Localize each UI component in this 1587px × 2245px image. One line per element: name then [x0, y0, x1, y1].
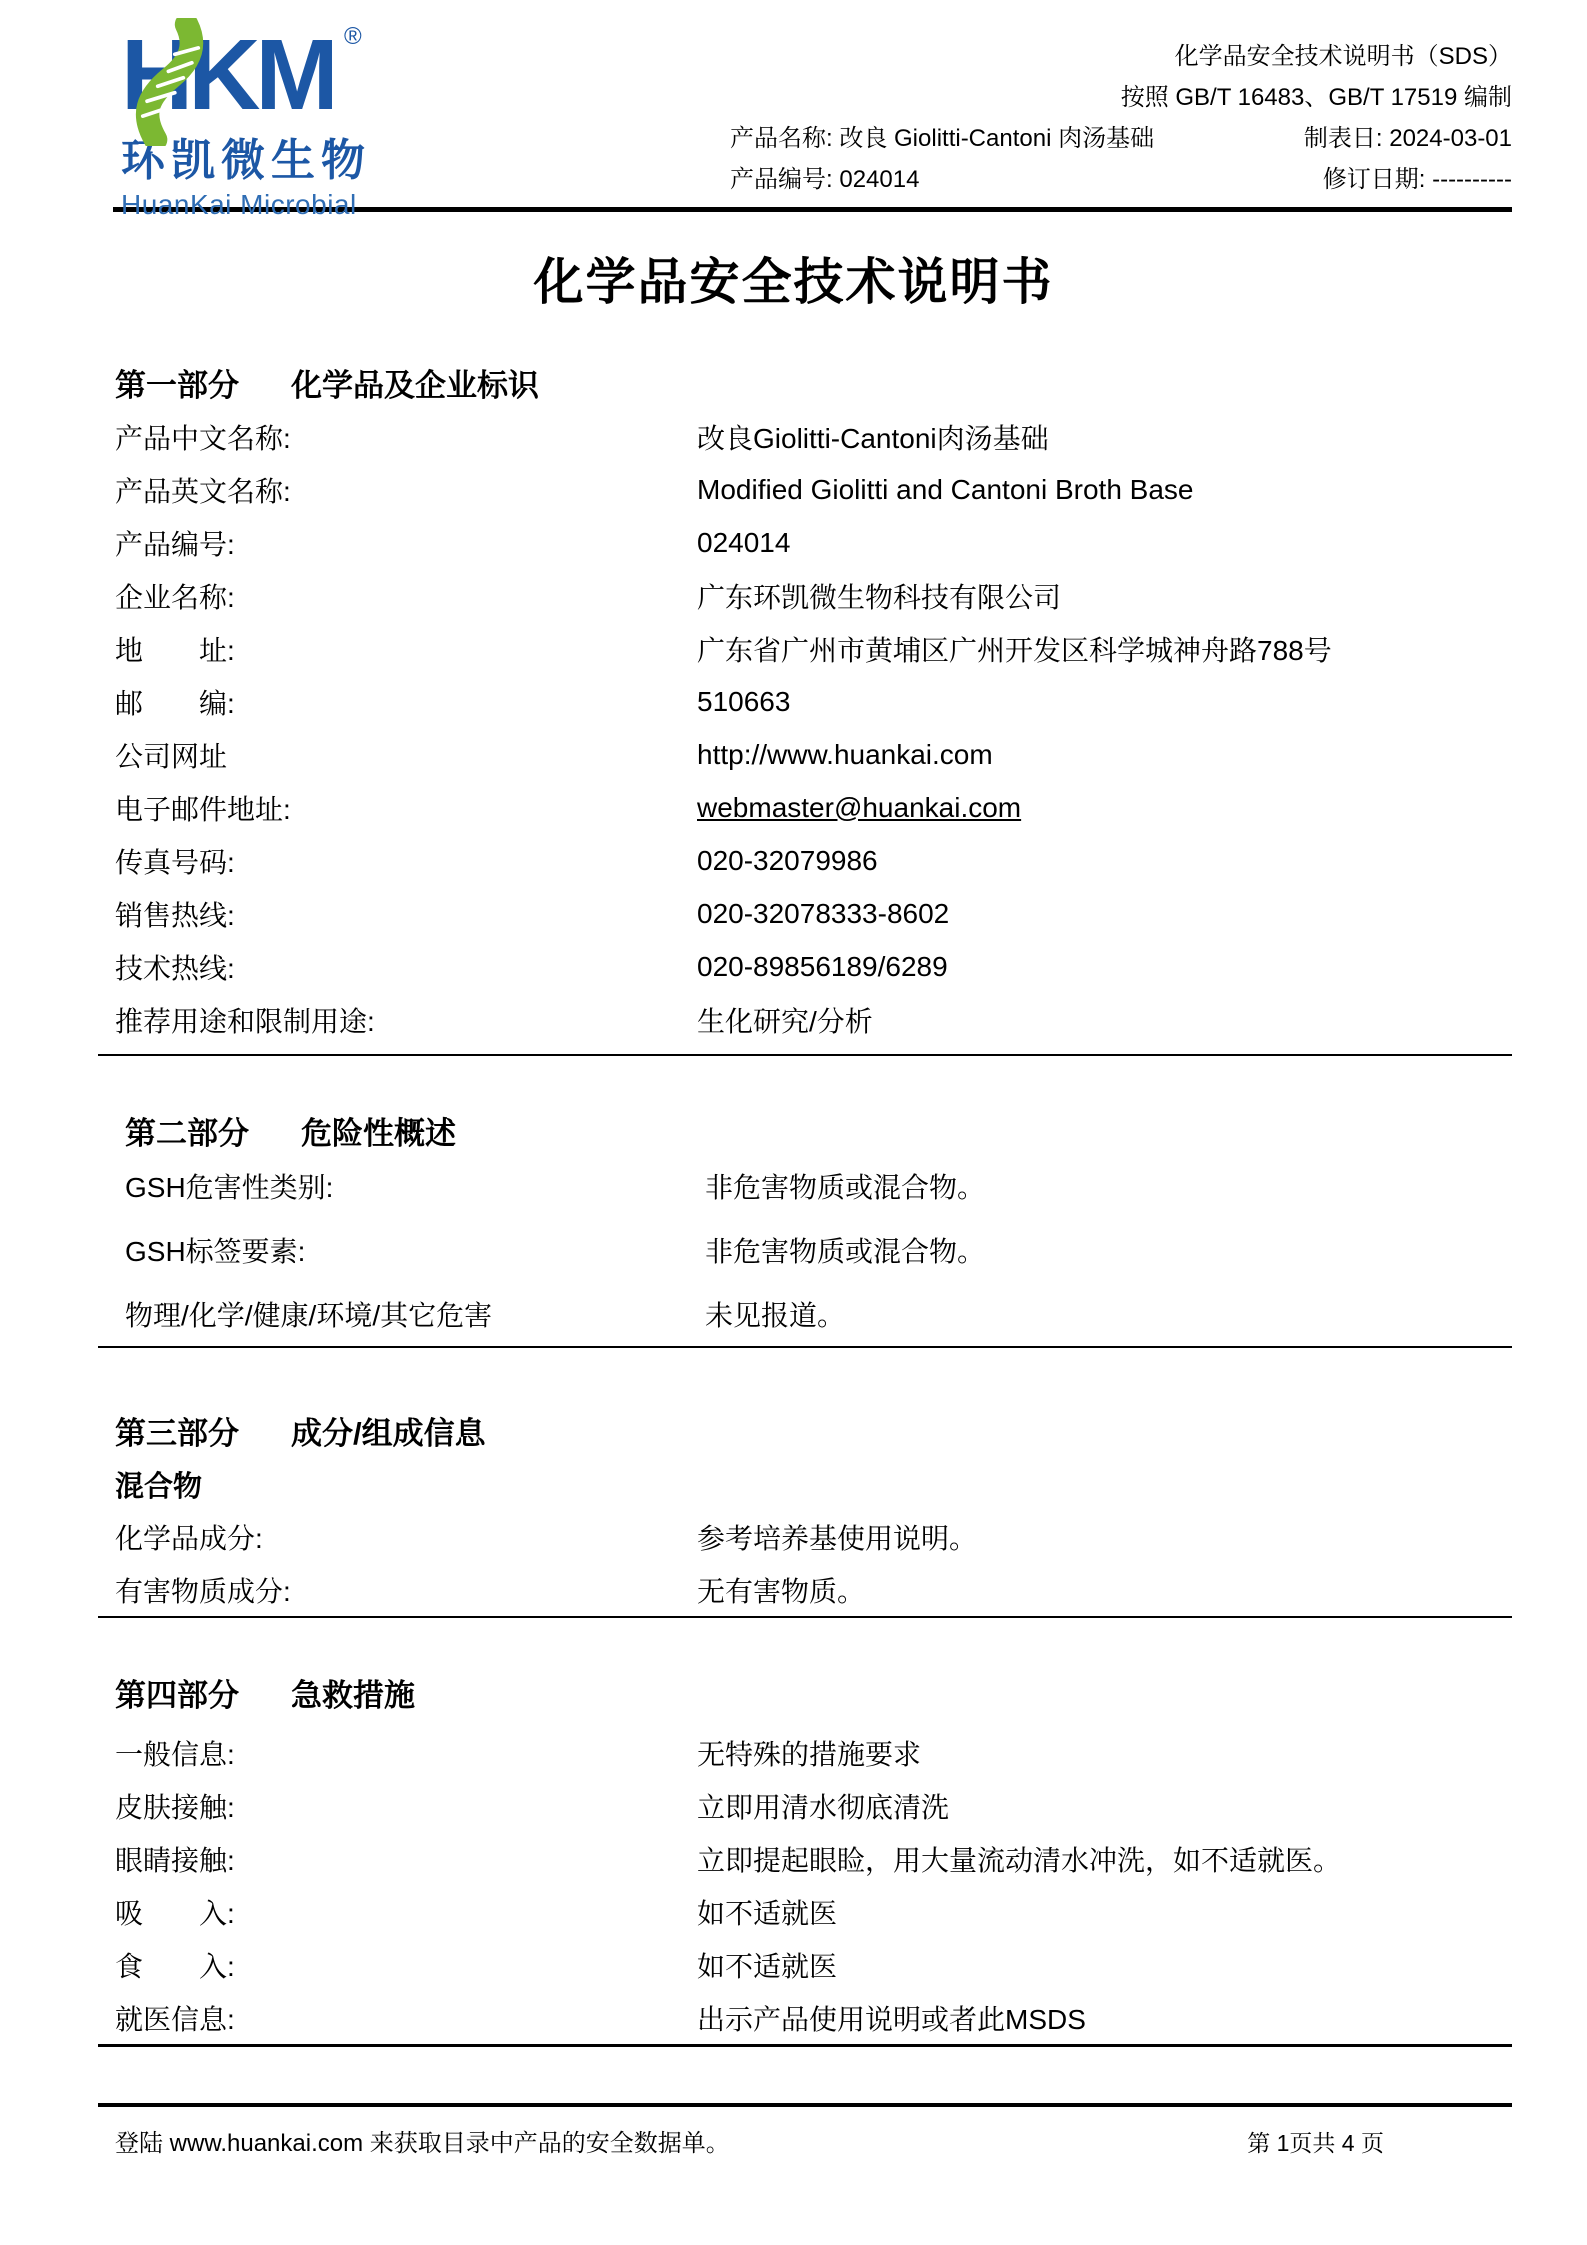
sds-document-page: HKM ® 环凯微生物 HuanKai Microbial 化学品安全技术说明书	[75, 0, 1512, 2158]
field-value: 如不适就医	[697, 1892, 1512, 1932]
field-label: 产品英文名称:	[115, 470, 697, 510]
standard-line: 按照 GB/T 16483、GB/T 17519 编制	[730, 77, 1512, 118]
field-row: GSH危害性类别: 非危害物质或混合物。	[125, 1154, 1512, 1218]
field-row: 推荐用途和限制用途: 生化研究/分析	[115, 993, 1512, 1046]
field-value: 020-32078333-8602	[697, 898, 1512, 930]
header-product-name-label: 产品名称:	[730, 125, 833, 152]
field-label: 技术热线:	[115, 947, 697, 987]
field-label: 食 入:	[115, 1945, 697, 1985]
field-row: 眼睛接触: 立即提起眼睑，用大量流动清水冲洗，如不适就医。	[115, 1832, 1512, 1885]
section-3-heading: 第三部分成分/组成信息	[75, 1414, 1512, 1454]
footer-note: 登陆 www.huankai.com 来获取目录中产品的安全数据单。	[115, 2123, 730, 2158]
logo-english-name: HuanKai Microbial	[121, 189, 481, 221]
section-hazard-overview: 第二部分危险性概述 GSH危害性类别: 非危害物质或混合物。 GSH标签要素: …	[75, 1114, 1512, 1348]
header-product-name-value: 改良 Giolitti-Cantoni 肉汤基础	[839, 125, 1154, 152]
field-label: 就医信息:	[115, 1998, 697, 2038]
field-value: 024014	[697, 527, 1512, 559]
field-value: 未见报道。	[705, 1294, 1512, 1334]
header-meta-block: 化学品安全技术说明书（SDS） 按照 GB/T 16483、GB/T 17519…	[730, 30, 1512, 195]
field-row: 产品英文名称: Modified Giolitti and Cantoni Br…	[115, 463, 1512, 516]
header-code-label: 产品编号:	[730, 166, 833, 193]
header-code-value: 024014	[839, 166, 919, 193]
field-value: 参考培养基使用说明。	[697, 1517, 1512, 1557]
field-row: GSH标签要素: 非危害物质或混合物。	[125, 1218, 1512, 1282]
field-label: 电子邮件地址:	[115, 788, 697, 828]
field-row: 地 址: 广东省广州市黄埔区广州开发区科学城神舟路788号	[115, 622, 1512, 675]
field-row: 销售热线: 020-32078333-8602	[115, 887, 1512, 940]
field-value: 020-89856189/6289	[697, 951, 1512, 983]
field-row: 产品中文名称: 改良Giolitti-Cantoni肉汤基础	[115, 410, 1512, 463]
field-label: 物理/化学/健康/环境/其它危害	[125, 1294, 705, 1334]
page-number: 第 1页共 4 页	[1247, 2125, 1384, 2158]
section-number: 第一部分	[115, 368, 239, 403]
field-label: 推荐用途和限制用途:	[115, 1000, 697, 1040]
section-first-aid-measures: 第四部分急救措施 一般信息: 无特殊的措施要求 皮肤接触: 立即用清水彻底清洗 …	[75, 1676, 1512, 2047]
section-title: 成分/组成信息	[291, 1416, 486, 1451]
field-row: 产品编号: 024014	[115, 516, 1512, 569]
field-label: GSH标签要素:	[125, 1230, 705, 1270]
registered-trademark-icon: ®	[344, 26, 362, 48]
header-product-name: 产品名称: 改良 Giolitti-Cantoni 肉汤基础	[730, 118, 1154, 159]
section-divider	[98, 1616, 1512, 1618]
section-number: 第三部分	[115, 1416, 239, 1451]
section-composition-information: 第三部分成分/组成信息 混合物 化学品成分: 参考培养基使用说明。 有害物质成分…	[75, 1414, 1512, 1618]
field-row: 化学品成分: 参考培养基使用说明。	[115, 1510, 1512, 1563]
section-number: 第四部分	[115, 1678, 239, 1713]
field-value: http://www.huankai.com	[697, 739, 1512, 771]
section-1-heading: 第一部分化学品及企业标识	[75, 366, 1512, 406]
field-value: 非危害物质或混合物。	[705, 1230, 1512, 1270]
field-value: 生化研究/分析	[697, 1000, 1512, 1040]
field-row: 电子邮件地址: webmaster@huankai.com	[115, 781, 1512, 834]
header-date-value: 2024-03-01	[1389, 125, 1512, 152]
section-2-rows: GSH危害性类别: 非危害物质或混合物。 GSH标签要素: 非危害物质或混合物。…	[75, 1154, 1512, 1346]
field-row: 吸 入: 如不适就医	[115, 1885, 1512, 1938]
field-value: 广东环凯微生物科技有限公司	[697, 576, 1512, 616]
header-created-date: 制表日: 2024-03-01	[1304, 118, 1512, 159]
field-value: 如不适就医	[697, 1945, 1512, 1985]
field-value: 立即提起眼睑，用大量流动清水冲洗，如不适就医。	[697, 1839, 1512, 1879]
section-title: 急救措施	[291, 1678, 415, 1713]
header-date-label: 制表日:	[1304, 125, 1383, 152]
field-label: 化学品成分:	[115, 1517, 697, 1557]
field-row: 传真号码: 020-32079986	[115, 834, 1512, 887]
section-3-rows: 化学品成分: 参考培养基使用说明。 有害物质成分: 无有害物质。	[75, 1510, 1512, 1616]
field-label: 一般信息:	[115, 1733, 697, 1773]
field-row: 有害物质成分: 无有害物质。	[115, 1563, 1512, 1616]
section-1-rows: 产品中文名称: 改良Giolitti-Cantoni肉汤基础 产品英文名称: M…	[75, 410, 1512, 1046]
mixture-subheading: 混合物	[75, 1470, 1512, 1504]
document-header: HKM ® 环凯微生物 HuanKai Microbial 化学品安全技术说明书	[75, 0, 1512, 195]
section-chemical-company-identification: 第一部分化学品及企业标识 产品中文名称: 改良Giolitti-Cantoni肉…	[75, 366, 1512, 1056]
field-row: 技术热线: 020-89856189/6289	[115, 940, 1512, 993]
field-value: 无有害物质。	[697, 1570, 1512, 1610]
field-value: 510663	[697, 686, 1512, 718]
dna-ribbon-icon	[119, 18, 237, 146]
field-row: 物理/化学/健康/环境/其它危害 未见报道。	[125, 1282, 1512, 1346]
field-label: 公司网址	[115, 735, 697, 775]
logo-brand-block: HKM ®	[121, 30, 334, 120]
header-revision-date: 修订日期: ----------	[1323, 159, 1512, 200]
field-value: 无特殊的措施要求	[697, 1733, 1512, 1773]
field-label: 传真号码:	[115, 841, 697, 881]
field-label: 邮 编:	[115, 682, 697, 722]
field-row: 一般信息: 无特殊的措施要求	[115, 1726, 1512, 1779]
field-row: 公司网址 http://www.huankai.com	[115, 728, 1512, 781]
section-title: 危险性概述	[301, 1116, 456, 1151]
field-label: 企业名称:	[115, 576, 697, 616]
section-divider	[98, 1346, 1512, 1348]
section-4-rows: 一般信息: 无特殊的措施要求 皮肤接触: 立即用清水彻底清洗 眼睛接触: 立即提…	[75, 1726, 1512, 2044]
document-title: 化学品安全技术说明书	[75, 242, 1512, 314]
section-title: 化学品及企业标识	[291, 368, 539, 403]
page-footer: 登陆 www.huankai.com 来获取目录中产品的安全数据单。 第 1页共…	[75, 2123, 1512, 2158]
footer-divider	[98, 2103, 1512, 2107]
field-value[interactable]: webmaster@huankai.com	[697, 792, 1512, 824]
field-label: 销售热线:	[115, 894, 697, 934]
section-2-heading: 第二部分危险性概述	[75, 1114, 1512, 1154]
field-row: 食 入: 如不适就医	[115, 1938, 1512, 1991]
product-name-date-line: 产品名称: 改良 Giolitti-Cantoni 肉汤基础 制表日: 2024…	[730, 118, 1512, 159]
field-value: 改良Giolitti-Cantoni肉汤基础	[697, 417, 1512, 457]
field-row: 皮肤接触: 立即用清水彻底清洗	[115, 1779, 1512, 1832]
section-4-heading: 第四部分急救措施	[75, 1676, 1512, 1716]
header-product-code: 产品编号: 024014	[730, 159, 919, 200]
field-row: 邮 编: 510663	[115, 675, 1512, 728]
field-value: 广东省广州市黄埔区广州开发区科学城神舟路788号	[697, 629, 1512, 669]
field-label: 地 址:	[115, 629, 697, 669]
field-label: 产品中文名称:	[115, 417, 697, 457]
field-label: 吸 入:	[115, 1892, 697, 1932]
field-label: GSH危害性类别:	[125, 1166, 705, 1206]
field-label: 有害物质成分:	[115, 1570, 697, 1610]
section-divider	[98, 2044, 1512, 2047]
field-row: 企业名称: 广东环凯微生物科技有限公司	[115, 569, 1512, 622]
field-label: 眼睛接触:	[115, 1839, 697, 1879]
section-divider	[98, 1054, 1512, 1056]
field-value: 立即用清水彻底清洗	[697, 1786, 1512, 1826]
section-number: 第二部分	[125, 1116, 249, 1151]
doc-type-line: 化学品安全技术说明书（SDS）	[730, 36, 1512, 77]
field-label: 皮肤接触:	[115, 1786, 697, 1826]
company-logo: HKM ® 环凯微生物 HuanKai Microbial	[113, 30, 481, 195]
field-value: 020-32079986	[697, 845, 1512, 877]
field-value: Modified Giolitti and Cantoni Broth Base	[697, 474, 1512, 506]
field-value: 出示产品使用说明或者此MSDS	[697, 1998, 1512, 2038]
header-revision-value: ----------	[1432, 166, 1512, 193]
field-value: 非危害物质或混合物。	[705, 1166, 1512, 1206]
header-revision-label: 修订日期:	[1323, 166, 1426, 193]
field-label: 产品编号:	[115, 523, 697, 563]
field-row: 就医信息: 出示产品使用说明或者此MSDS	[115, 1991, 1512, 2044]
product-code-revision-line: 产品编号: 024014 修订日期: ----------	[730, 159, 1512, 200]
